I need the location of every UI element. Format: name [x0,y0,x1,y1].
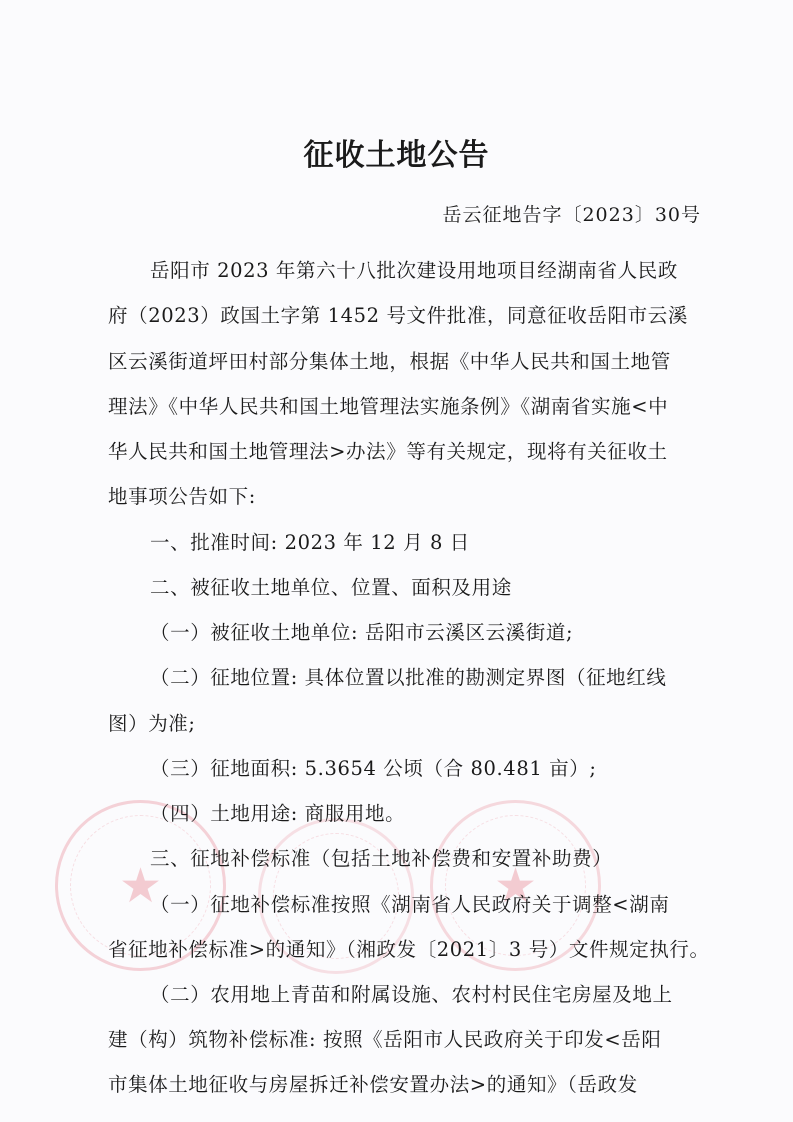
document-title: 征收土地公告 [0,130,793,174]
paragraph-line: 市集体土地征收与房屋拆迁补偿安置办法>的通知》（岳政发 [108,1069,638,1097]
section-heading: 三、征地补偿标准（包括土地补偿费和安置补助费） [150,843,612,871]
paragraph-line: 岳阳市 2023 年第六十八批次建设用地项目经湖南省人民政 [150,255,678,283]
paragraph-line: 华人民共和国土地管理法>办法》等有关规定，现将有关征收土 [108,436,668,464]
paragraph-line: 理法》《中华人民共和国土地管理法实施条例》《湖南省实施<中 [108,391,668,419]
paragraph-line: （二）征地位置: 具体位置以批准的勘测定界图（征地红线 [150,662,666,690]
paragraph-line: （二）农用地上青苗和附属设施、农村村民住宅房屋及地上 [150,979,673,1007]
paragraph-line: （一）被征收土地单位: 岳阳市云溪区云溪街道; [150,617,573,645]
section-heading: 一、批准时间: 2023 年 12 月 8 日 [150,527,470,555]
paragraph-line: （一）征地补偿标准按照《湖南省人民政府关于调整<湖南 [150,889,669,917]
document-number: 岳云征地告字〔2023〕30号 [442,200,701,227]
paragraph-line: （四）土地用途: 商服用地。 [150,798,405,826]
paragraph-line: 地事项公告如下: [108,481,256,509]
paragraph-line: 区云溪街道坪田村部分集体土地，根据《中华人民共和国土地管 [108,346,671,374]
paragraph-line: （三）征地面积: 5.3654 公顷（合 80.481 亩）; [150,753,597,781]
section-heading: 二、被征收土地单位、位置、面积及用途 [150,572,512,600]
paragraph-line: 省征地补偿标准>的通知》（湘政发〔2021〕3 号）文件规定执行。 [108,934,710,962]
paragraph-line: 图）为准; [108,708,196,736]
paragraph-line: 建（构）筑物补偿标准: 按照《岳阳市人民政府关于印发<岳阳 [108,1024,662,1052]
document-page: ★ ★ 征收土地公告 岳云征地告字〔2023〕30号 岳阳市 2023 年第六十… [0,0,793,1122]
paragraph-line: 府（2023）政国土字第 1452 号文件批准，同意征收岳阳市云溪 [108,300,688,328]
